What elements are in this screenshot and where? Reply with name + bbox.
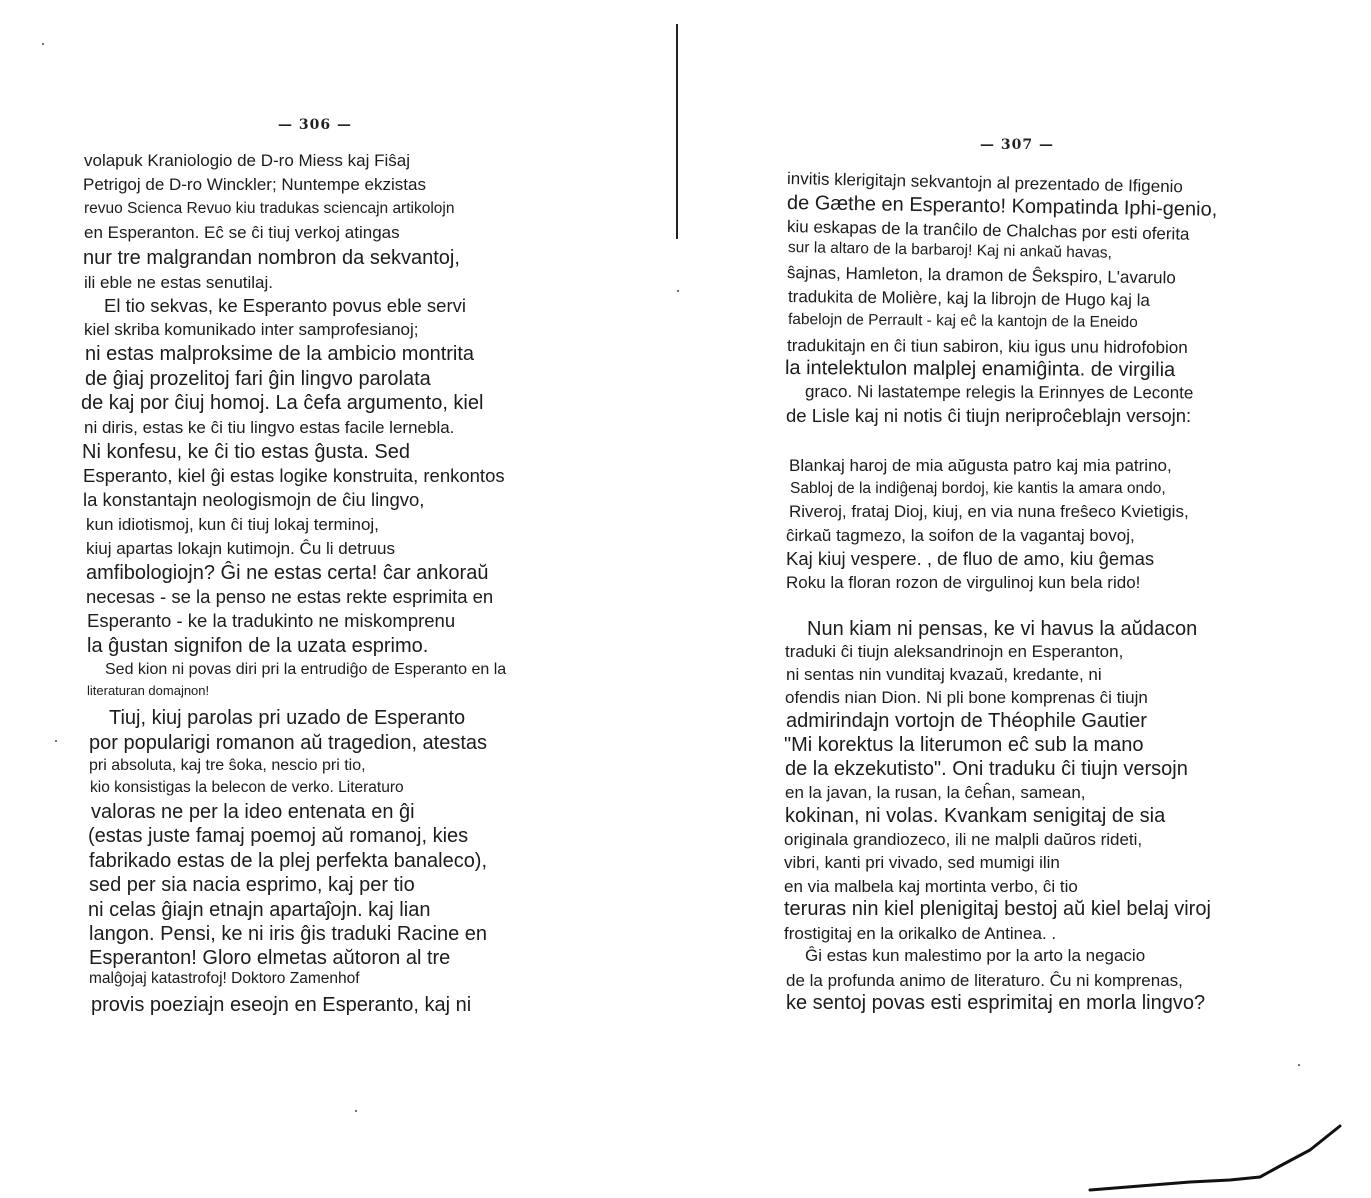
text-line: traduki ĉi tiujn aleksandrinojn en Esper… bbox=[785, 643, 1123, 660]
scan-speck bbox=[677, 290, 679, 292]
verse-line: Kaj kiuj vespere. , de fluo de amo, kiu … bbox=[786, 550, 1154, 569]
page-306: — 306 — volapuk Kraniologio de D-ro Mies… bbox=[0, 0, 660, 1198]
text-line: ni sentas nin vunditaj kvazaŭ, kredante,… bbox=[786, 666, 1102, 683]
text-line: sur la altaro de la barbaroj! Kaj ni ank… bbox=[788, 240, 1112, 261]
text-line: tradukita de Molière, kaj la librojn de … bbox=[788, 288, 1150, 309]
text-line: langon. Pensi, ke ni iris ĝis traduki Ra… bbox=[89, 924, 487, 944]
text-line: en la javan, la rusan, la ĉeĥan, samean, bbox=[785, 784, 1086, 801]
text-line: kiu eskapas de la tranĉilo de Chalchas p… bbox=[787, 218, 1190, 243]
text-line: amfibologiojn? Ĝi ne estas certa! ĉar an… bbox=[86, 563, 488, 583]
text-line: Ni konfesu, ke ĉi tio estas ĝusta. Sed bbox=[82, 442, 410, 462]
scan-speck bbox=[355, 1110, 357, 1112]
text-line: "Mi korektus la literumon eĉ sub la mano bbox=[784, 735, 1143, 755]
text-line: fabelojn de Perrault - kaj eĉ la kantojn… bbox=[788, 312, 1138, 331]
verse-line: Sabloj de la indiĝenaj bordoj, kie kanti… bbox=[790, 481, 1166, 497]
text-line: fabrikado estas de la plej perfekta bana… bbox=[89, 851, 487, 871]
text-line: kio konsistigas la belecon de verko. Lit… bbox=[90, 780, 404, 796]
text-line: Ĝi estas kun malestimo por la arto la ne… bbox=[805, 947, 1145, 964]
text-line: Petrigoj de D-ro Winckler; Nuntempe ekzi… bbox=[83, 176, 426, 193]
pen-stroke-mark bbox=[1080, 1110, 1371, 1198]
text-line: nur tre malgrandan nombron da sekvantoj, bbox=[83, 248, 460, 268]
text-line: en via malbela kaj mortinta verbo, ĉi ti… bbox=[784, 878, 1078, 895]
text-line: pri absoluta, kaj tre ŝoka, nescio pri t… bbox=[89, 758, 366, 774]
text-line: admirindajn vortojn de Théophile Gautier bbox=[786, 711, 1147, 731]
text-line: tradukitajn en ĉi tiun sabiron, kiu igus… bbox=[787, 337, 1188, 356]
text-line: graco. Ni lastatempe relegis la Erinnyes… bbox=[805, 383, 1193, 401]
text-line: la intelektulon malplej enamiĝinta. de v… bbox=[785, 358, 1175, 380]
page-307: — 307 — invitis klerigitajn sekvantojn a… bbox=[680, 0, 1371, 1198]
text-line: kiuj apartas lokajn kutimojn. Ĉu li detr… bbox=[86, 540, 395, 557]
text-line: la ĝustan signifon de la uzata esprimo. bbox=[87, 636, 428, 656]
text-line: frostigitaj en la orikalko de Antinea. . bbox=[784, 925, 1056, 942]
scan-speck bbox=[1298, 1064, 1300, 1066]
scan-speck bbox=[42, 43, 44, 45]
text-line: Sed kion ni povas diri pri la entrudiĝo … bbox=[105, 662, 506, 678]
text-line: ni celas ĝiajn etnajn apartaĵojn. kaj li… bbox=[88, 900, 430, 920]
text-line: Nun kiam ni pensas, ke vi havus la aŭdac… bbox=[807, 619, 1197, 639]
text-line: vibri, kanti pri vivado, sed mumigi ilin bbox=[784, 854, 1060, 871]
text-line: por popularigi romanon aŭ tragedion, ate… bbox=[89, 733, 487, 753]
text-line: necesas - se la penso ne estas rekte esp… bbox=[86, 588, 493, 607]
text-line: originala grandiozeco, ili ne malpli daŭ… bbox=[784, 831, 1142, 848]
text-line: malĝojaj katastrofoj! Doktoro Zamenhof bbox=[89, 971, 360, 987]
text-line: de Lisle kaj ni notis ĉi tiujn neriproĉe… bbox=[786, 407, 1191, 426]
text-line: de la ekzekutisto". Oni traduku ĉi tiujn… bbox=[785, 759, 1188, 779]
text-line: kun idiotismoj, kun ĉi tiuj lokaj termin… bbox=[86, 516, 379, 533]
text-line: ili eble ne estas senutilaj. bbox=[84, 274, 273, 291]
text-line: kokinan, ni volas. Kvankam senigitaj de … bbox=[785, 806, 1165, 826]
text-line: ofendis nian Dion. Ni pli bone komprenas… bbox=[785, 689, 1148, 706]
text-line: valoras ne per la ideo entenata en ĝi bbox=[91, 802, 415, 822]
text-line: kiel skriba komunikado inter samprofesia… bbox=[84, 321, 419, 338]
text-line: Tiuj, kiuj parolas pri uzado de Esperant… bbox=[109, 708, 465, 728]
scan-speck bbox=[55, 740, 57, 742]
verse-line: ĉirkaŭ tagmezo, la soifon de la vagantaj… bbox=[786, 527, 1135, 544]
text-line: ŝajnas, Hamleton, la dramon de Ŝekspiro,… bbox=[787, 264, 1176, 286]
text-line: revuo Scienca Revuo kiu tradukas scienca… bbox=[84, 201, 454, 217]
text-line: Esperanto, kiel ĝi estas logike konstrui… bbox=[83, 467, 505, 486]
verse-line: Roku la floran rozon de virgulinoj kun b… bbox=[786, 574, 1140, 591]
page-number: — 306 — bbox=[278, 117, 352, 133]
text-line: volapuk Kraniologio de D-ro Miess kaj Fi… bbox=[84, 152, 410, 169]
text-line: en Esperanton. Eĉ se ĉi tiuj verkoj atin… bbox=[84, 224, 400, 241]
verse-line: Blankaj haroj de mia aŭgusta patro kaj m… bbox=[789, 457, 1172, 474]
text-line: ni estas malproksime de la ambicio montr… bbox=[85, 344, 474, 364]
verse-line: Riveroj, frataj Dioj, kiuj, en via nuna … bbox=[789, 503, 1189, 520]
text-line: teruras nin kiel plenigitaj bestoj aŭ ki… bbox=[784, 899, 1211, 919]
text-line: El tio sekvas, ke Esperanto povus eble s… bbox=[104, 297, 466, 316]
text-line: de kaj por ĉiuj homoj. La ĉefa argumento… bbox=[81, 393, 483, 413]
text-line: de Gæthe en Esperanto! Kompatinda Iphi-g… bbox=[787, 193, 1218, 220]
page-number: — 307 — bbox=[980, 137, 1054, 153]
text-line: de la profunda animo de literaturo. Ĉu n… bbox=[786, 972, 1183, 989]
text-line: la konstantajn neologismojn de ĉiu lingv… bbox=[83, 491, 424, 510]
text-line: invitis klerigitajn sekvantojn al prezen… bbox=[787, 170, 1183, 195]
text-line: Esperanto - ke la tradukinto ne miskompr… bbox=[87, 612, 455, 631]
text-line: provis poeziajn eseojn en Esperanto, kaj… bbox=[91, 995, 471, 1015]
book-gutter-line bbox=[676, 24, 678, 239]
text-line: sed per sia nacia esprimo, kaj per tio bbox=[89, 875, 415, 895]
text-line: de ĝiaj prozelitoj fari ĝin lingvo parol… bbox=[85, 369, 431, 389]
text-line: literaturan domajnon! bbox=[87, 684, 209, 697]
text-line: (estas juste famaj poemoj aŭ romanoj, ki… bbox=[88, 826, 468, 846]
text-line: ni diris, estas ke ĉi tiu lingvo estas f… bbox=[84, 419, 454, 436]
text-line: ke sentoj povas esti esprimitaj en morla… bbox=[786, 993, 1205, 1013]
text-line: Esperanton! Gloro elmetas aŭtoron al tre bbox=[89, 948, 450, 968]
